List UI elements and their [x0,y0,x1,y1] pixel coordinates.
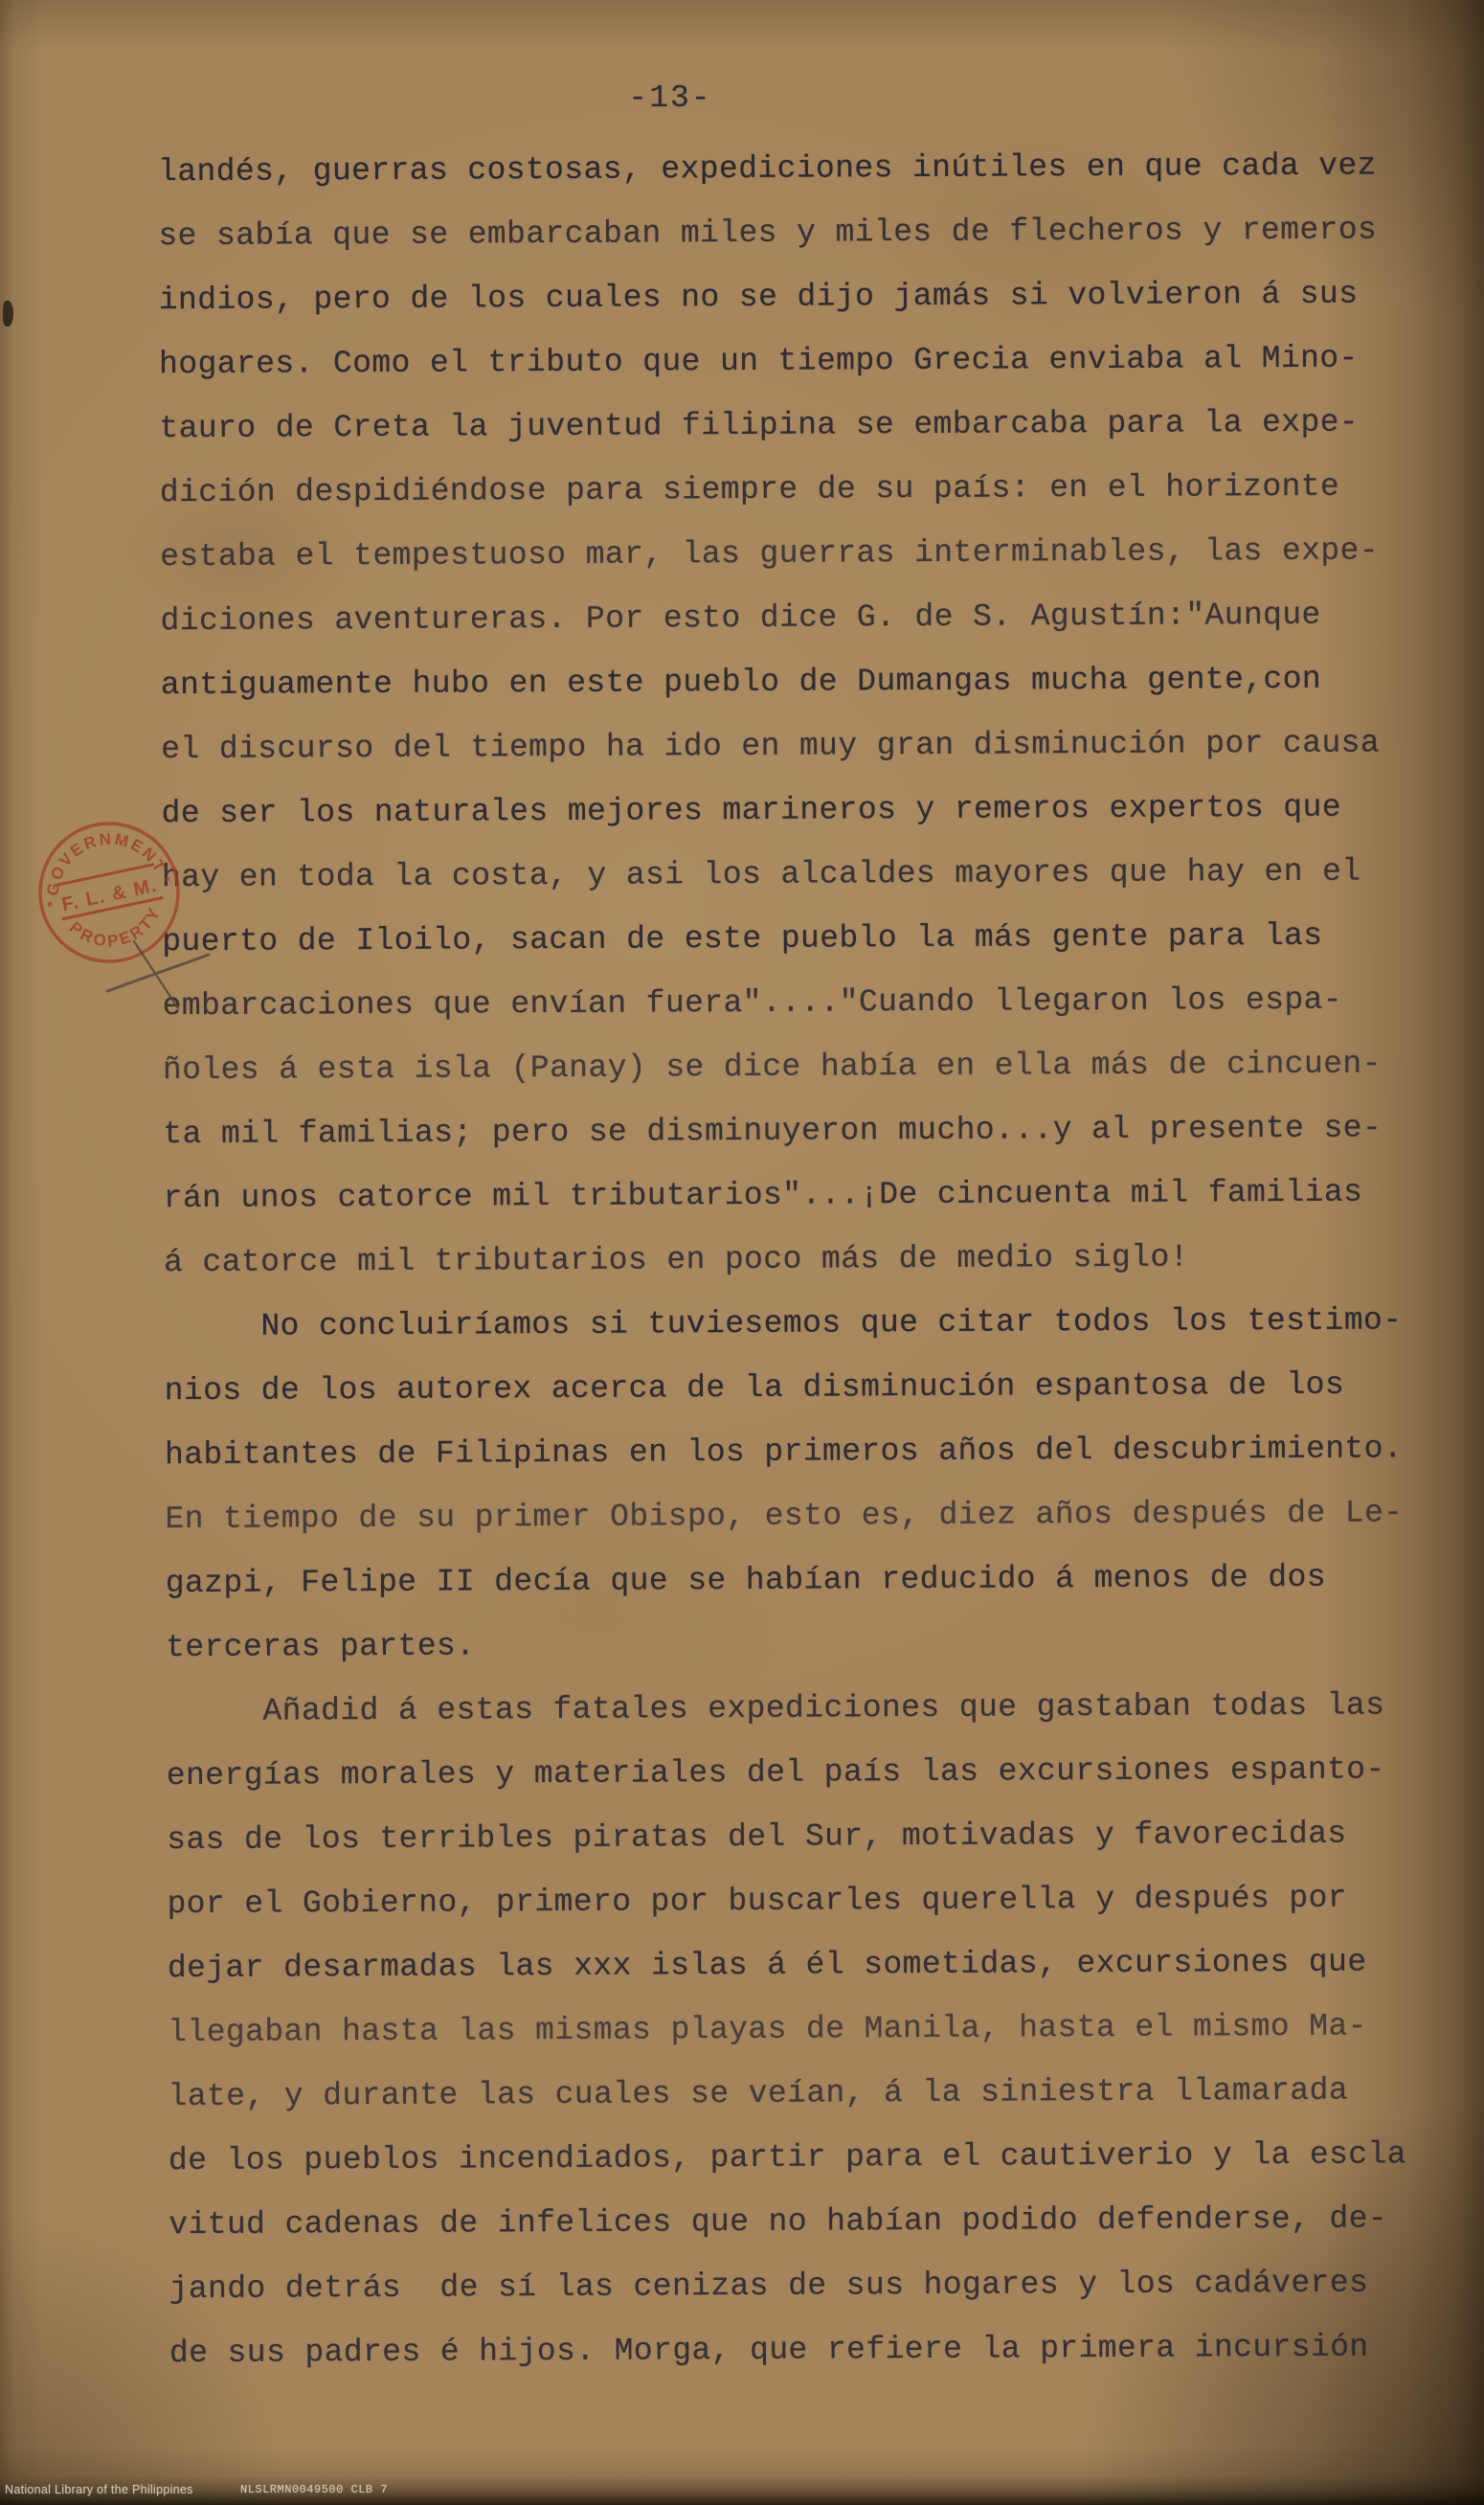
scan-id: NLSLRMN0049500 CLB 7 [240,2483,388,2496]
typewritten-line: sas de los terribles piratas del Sur, mo… [167,1817,1347,1858]
typewritten-line: el discurso del tiempo ha ido en muy gra… [161,726,1380,768]
typewritten-line: llegaban hasta las mismas playas de Mani… [168,2009,1367,2051]
typewritten-line: por el Gobierno, primero por buscarles q… [167,1881,1347,1922]
stamp-right-star: * [164,872,172,889]
scanned-manuscript-page: -13- landés, guerras costosas, expedicio… [0,0,1484,2505]
binding-mark [3,301,13,327]
scan-footer: National Library of the Philippines NLSL… [0,2481,1484,2502]
typewritten-line: No concluiríamos si tuviesemos que citar… [164,1302,1402,1344]
text-block: landés, guerras costosas, expediciones i… [0,0,1484,2505]
typewritten-line: de los pueblos incendiados, partir para … [169,2136,1406,2178]
typewritten-line: á catorce mil tributarios en poco más de… [164,1240,1189,1281]
typewritten-line: energías morales y materiales del país l… [167,1751,1385,1794]
typewritten-line: En tiempo de su primer Obispo, esto es, … [165,1495,1403,1537]
typewritten-line: hay en toda la costa, y asi los alcaldes… [162,854,1361,896]
typewritten-line: rán unos catorce mil tributarios"...¡De … [164,1175,1363,1217]
typewritten-line: vitud cadenas de infelices que no habían… [169,2200,1387,2243]
typewritten-line: dejar desarmadas las xxx islas á él some… [168,1945,1367,1987]
library-caption: National Library of the Philippines [5,2483,193,2496]
typewritten-line: Añadid á estas fatales expediciones que … [166,1687,1384,1729]
typewritten-line: de ser los naturales mejores marineros y… [161,790,1341,831]
typewritten-line: dición despidiéndose para siempre de su … [160,469,1340,510]
typewritten-line: diciones aventureras. Por esto dice G. d… [160,598,1320,639]
typewritten-line: tauro de Creta la juventud filipina se e… [159,405,1359,447]
typewritten-line: nios de los autorex acerca de la disminu… [165,1367,1345,1409]
typewritten-line: ta mil familias; pero se disminuyeron mu… [163,1111,1382,1153]
typewritten-line: gazpi, Felipe II decía que se habían red… [166,1560,1326,1601]
typewritten-line: habitantes de Filipinas en los primeros … [165,1431,1403,1473]
typewritten-line: late, y durante las cuales se veían, á l… [169,2073,1349,2114]
typewritten-line: estaba el tempestuoso mar, las guerras i… [160,533,1379,575]
typewritten-line: se sabía que se embarcaban miles y miles… [158,213,1377,255]
typewritten-line: jando detrás de sí las cenizas de sus ho… [169,2266,1369,2308]
typewritten-line: landés, guerras costosas, expediciones i… [158,148,1377,191]
pencil-cross-mark [96,924,220,1015]
typewritten-line: terceras partes. [166,1628,475,1665]
typewritten-line: de sus padres é hijos. Morga, que refier… [169,2330,1369,2372]
stamp-left-star: * [46,898,55,914]
typewritten-line: puerto de Iloilo, sacan de este pueblo l… [162,918,1322,959]
typewritten-line: indios, pero de los cuales no se dijo ja… [159,277,1359,319]
typewritten-line: hogares. Como el tributo que un tiempo G… [159,341,1359,383]
typewritten-line: ñoles á esta isla (Panay) se dice había … [163,1047,1382,1089]
typewritten-line: embarcaciones que envían fuera"...."Cuan… [163,982,1343,1024]
typewritten-line: antiguamente hubo en este pueblo de Duma… [161,662,1321,703]
